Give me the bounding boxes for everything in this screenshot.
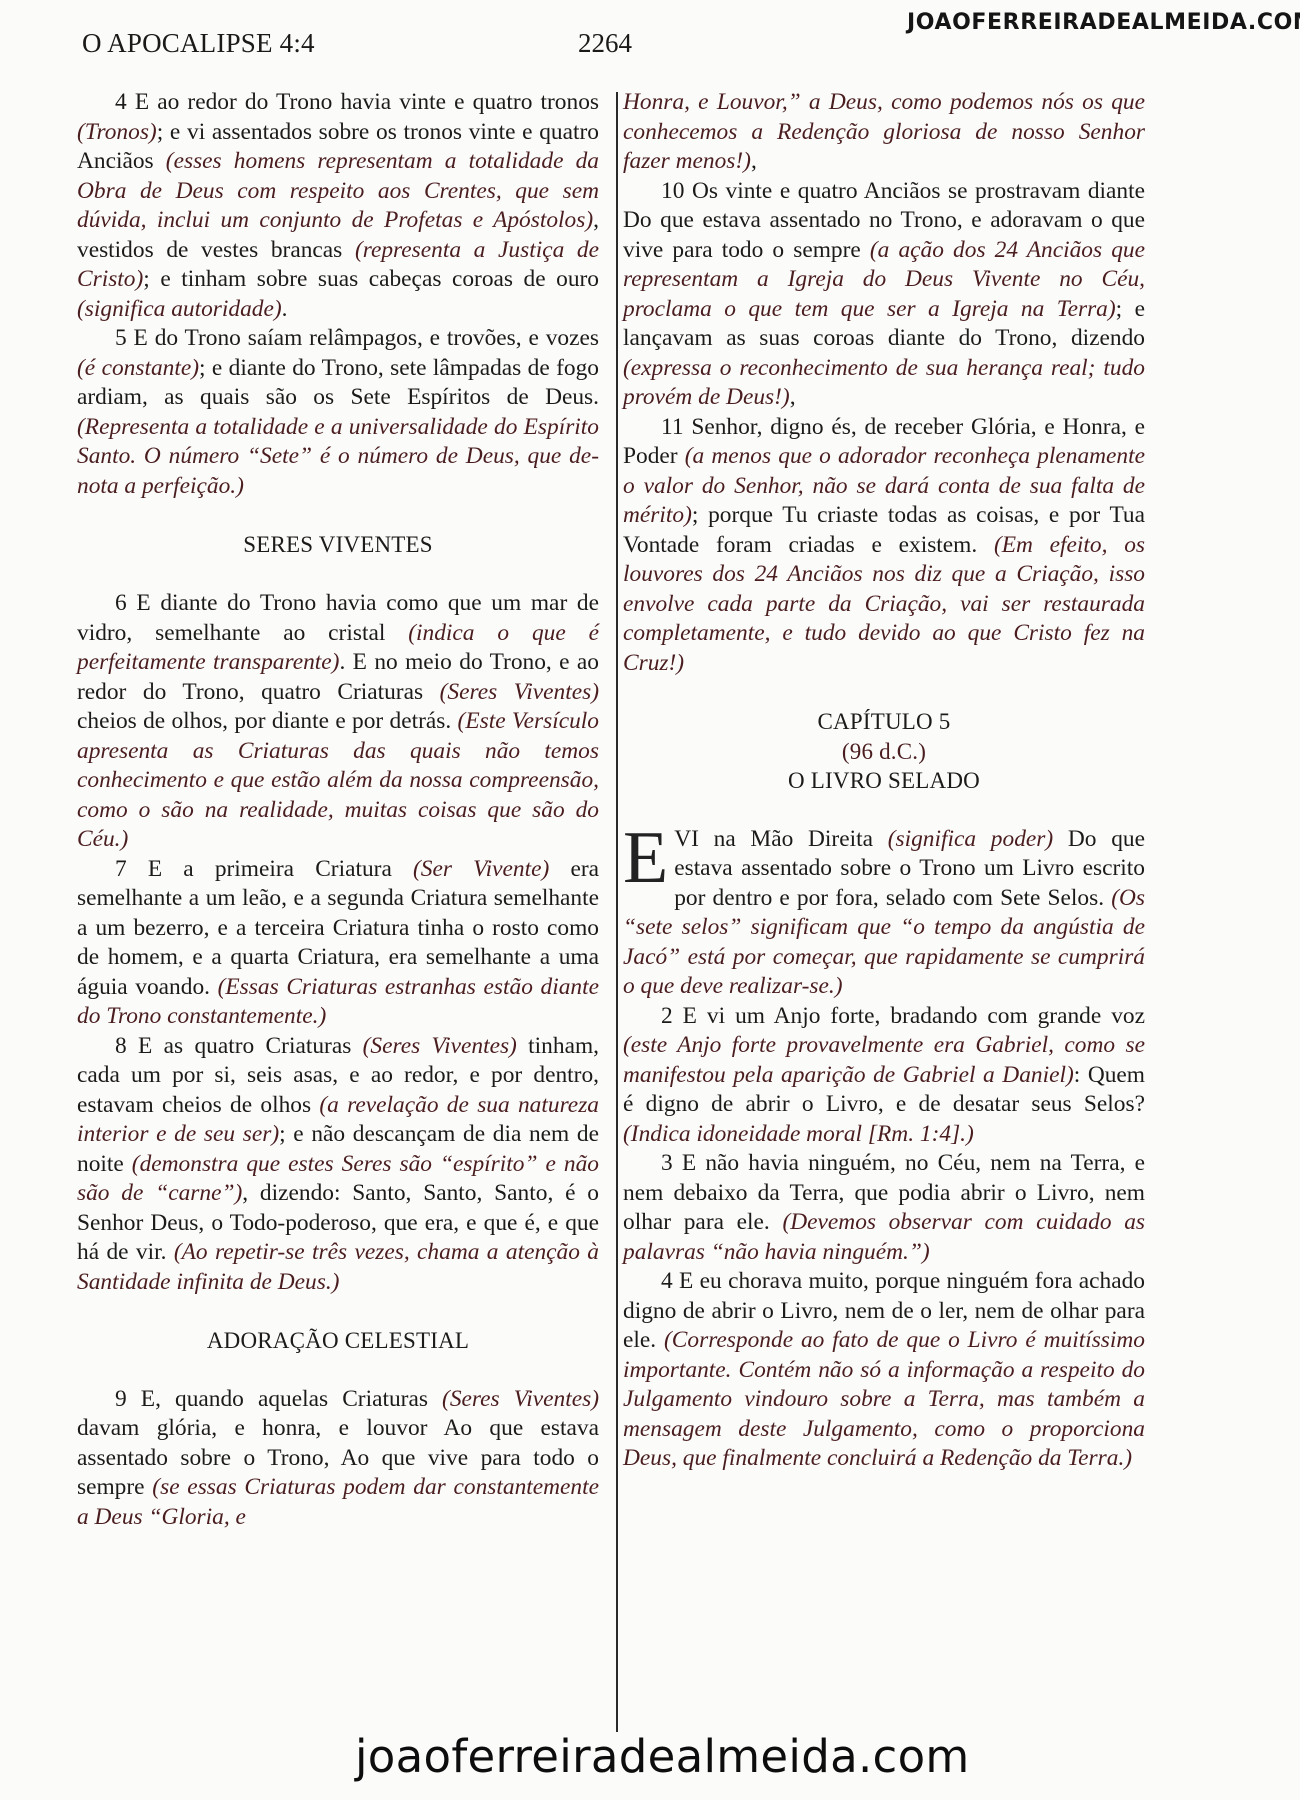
- commentary: (significa autoridade): [77, 296, 282, 322]
- column-divider: [616, 92, 618, 1732]
- verse-5-1: EVI na Mão Direita (significa poder) Do …: [623, 825, 1145, 1002]
- left-column: 4 E ao redor do Trono havia vinte e quat…: [77, 88, 599, 1532]
- watermark-bottom: joaoferreiradealmeida.com: [355, 1730, 970, 1783]
- verse-5-4: 4 E eu chorava muito, porque nin­guém fo…: [623, 1267, 1145, 1474]
- section-heading-seres-viventes: SERES VIVENTES: [77, 530, 599, 560]
- verse-text: 2 E vi um Anjo forte, bradando com grand…: [661, 1003, 1145, 1029]
- drop-cap-letter: E: [623, 827, 674, 887]
- verse-text: cheios de olhos, por diante e por detrás…: [77, 708, 458, 734]
- verse-text: 4 E ao redor do Trono havia vinte e quat…: [115, 89, 599, 115]
- verse-text: 8 E as quatro Criaturas: [115, 1033, 363, 1059]
- verse-4-7: 7 E a primeira Criatura (Ser Vivente) er…: [77, 855, 599, 1032]
- commentary: (Corresponde ao fato de que o Livro é mu…: [623, 1327, 1145, 1471]
- commentary: (expressa o reconhecimento de sua heranç…: [623, 355, 1145, 411]
- verse-text: 7 E a primeira Criatura: [115, 856, 413, 882]
- commentary: (se essas Criaturas podem dar constantem…: [77, 1474, 599, 1530]
- verse-text: ,: [790, 384, 796, 410]
- chapter-date: (96 d.C.): [623, 737, 1145, 767]
- verse-text: ,: [751, 148, 757, 174]
- verse-4-4: 4 E ao redor do Trono havia vinte e quat…: [77, 88, 599, 324]
- verse-text: ; e tinham sobre suas cabeças coroas de …: [143, 266, 599, 292]
- verse-4-9: 9 E, quando aquelas Criaturas (Seres Viv…: [77, 1385, 599, 1533]
- watermark-top: JOAOFERREIRADEALMEIDA.COM: [907, 10, 1300, 35]
- right-column: Honra, e Louvor,” a Deus, como podemos n…: [623, 88, 1145, 1474]
- running-header-book-reference: O APOCALIPSE 4:4: [82, 28, 315, 59]
- verse-4-11: 11 Senhor, digno és, de receber Glória, …: [623, 413, 1145, 679]
- page-number: 2264: [578, 28, 632, 59]
- scanned-bible-page: O APOCALIPSE 4:4 2264 JOAOFERREIRADEALME…: [0, 0, 1300, 1800]
- verse-text: 9 E, quando aquelas Criaturas: [115, 1386, 442, 1412]
- commentary: (Seres Viventes): [442, 1386, 599, 1412]
- commentary: (Ser Vivente): [413, 856, 549, 882]
- verse-4-9-continued: Honra, e Louvor,” a Deus, como podemos n…: [623, 88, 1145, 177]
- verse-4-10: 10 Os vinte e quatro Anciãos se prostrav…: [623, 177, 1145, 413]
- commentary: (Tronos): [77, 119, 157, 145]
- commentary: (este Anjo forte provavelmente era Gabri…: [623, 1032, 1145, 1088]
- commentary: (Indica idoneidade moral [Rm. 1:4].): [623, 1121, 974, 1147]
- commentary: (Representa a totalidade e a universalid…: [77, 414, 599, 499]
- chapter-heading: CAPÍTULO 5: [623, 707, 1145, 737]
- commentary: (é constante): [77, 355, 199, 381]
- commentary: (significa poder): [888, 826, 1053, 852]
- section-heading-adoracao-celestial: ADORAÇÃO CELESTIAL: [77, 1326, 599, 1356]
- commentary: Honra, e Louvor,” a Deus, como podemos n…: [623, 89, 1145, 174]
- commentary: (Seres Viventes): [363, 1033, 517, 1059]
- verse-text: .: [282, 296, 288, 322]
- verse-4-8: 8 E as quatro Criaturas (Seres Viventes)…: [77, 1032, 599, 1298]
- verse-text: 5 E do Trono saíam relâmpagos, e tro­võe…: [115, 325, 599, 351]
- verse-4-6: 6 E diante do Trono havia como que um ma…: [77, 589, 599, 855]
- verse-text: VI na Mão Direita: [674, 826, 888, 852]
- spacer: [77, 560, 599, 590]
- verse-5-3: 3 E não havia ninguém, no Céu, nem na Te…: [623, 1149, 1145, 1267]
- commentary: (Seres Viventes): [440, 679, 599, 705]
- section-heading-livro-selado: O LIVRO SELADO: [623, 766, 1145, 796]
- verse-4-5: 5 E do Trono saíam relâmpagos, e tro­võe…: [77, 324, 599, 501]
- verse-5-2: 2 E vi um Anjo forte, bradando com grand…: [623, 1002, 1145, 1150]
